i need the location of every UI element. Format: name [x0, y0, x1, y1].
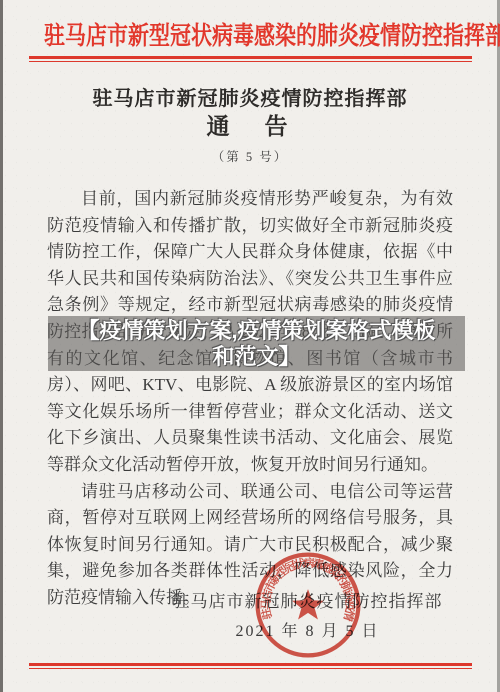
document-org-title: 驻马店市新冠肺炎疫情防控指挥部 — [0, 82, 500, 111]
watermark-line-2: 和范文】 — [48, 344, 465, 370]
footer-double-rule — [29, 663, 472, 669]
header-double-rule — [29, 56, 472, 62]
seal-star-icon — [292, 589, 324, 619]
banner-title-text: 驻马店市新型冠状病毒感染的肺炎疫情防控指挥部 — [44, 16, 500, 52]
document-number: （第 5 号） — [0, 147, 500, 165]
banner-title: 驻马店市新型冠状病毒感染的肺炎疫情防控指挥部 — [0, 16, 500, 52]
watermark-line-1: 【疫情策划方案,疫情策划案格式模板 — [48, 318, 465, 344]
watermark-overlay: 【疫情策划方案,疫情策划案格式模板 和范文】 — [48, 316, 465, 371]
official-seal: 驻马店市新型冠状病毒感染的肺炎疫情防控指挥部 — [252, 549, 364, 661]
document-type-title: 通 告 — [0, 108, 500, 141]
document-page: 驻马店市新型冠状病毒感染的肺炎疫情防控指挥部 驻马店市新冠肺炎疫情防控指挥部 通… — [0, 0, 500, 692]
document-body: 目前，国内新冠肺炎疫情形势严峻复杂，为有效防范疫情输入和传播扩散，切实做好全市新… — [47, 186, 453, 612]
